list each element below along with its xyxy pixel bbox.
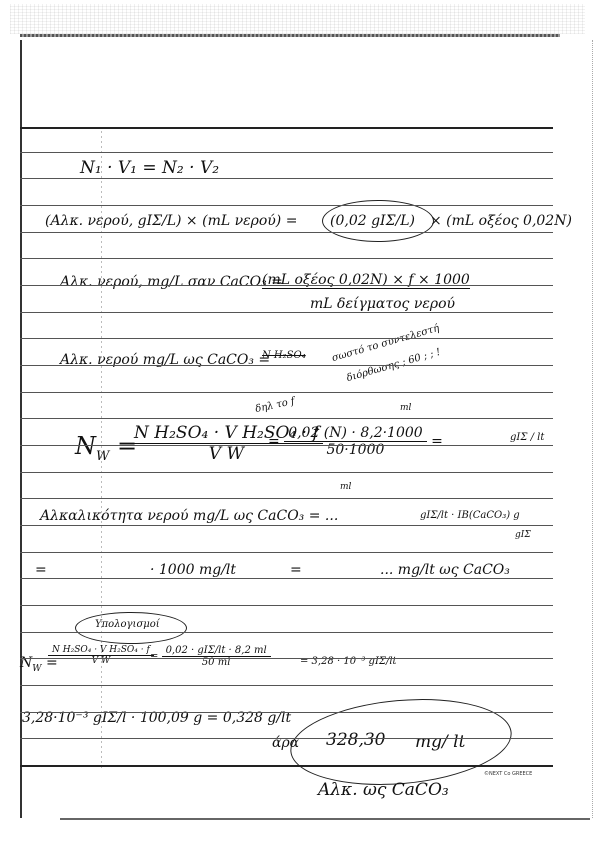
equation-alk-right-b: × (mL οξέος 0,02N) bbox=[430, 213, 572, 229]
formula-alk-denominator: mL δείγματος νερού bbox=[310, 296, 455, 312]
ruled-line bbox=[20, 445, 553, 446]
equation-n1v1: N₁ · V₁ = N₂ · V₂ bbox=[80, 158, 219, 178]
alkalinity-formula-label: Αλκαλικότητα νερού mg/L ως CaCO₃ = ... bbox=[40, 508, 338, 524]
ruled-line bbox=[20, 418, 553, 419]
alkalinity-formula-den: gΙΣ bbox=[515, 530, 531, 540]
formula-alk-label: Αλκ. νερού, mg/L σαν CaCO₃ = bbox=[60, 274, 283, 290]
ruled-line bbox=[20, 285, 553, 286]
ruled-line bbox=[20, 765, 553, 767]
alkalinity-formula-right: gΙΣ/lt · ΙΒ(CaCO₃) g bbox=[420, 510, 520, 521]
final-value: 328,30 bbox=[326, 730, 385, 750]
ruled-line bbox=[20, 392, 553, 393]
conversion-result: ... mg/lt ως CaCO₃ bbox=[380, 562, 510, 578]
nw-units: gΙΣ / lt bbox=[510, 432, 544, 443]
eq-sign-a: = bbox=[35, 562, 47, 578]
page-top-border bbox=[20, 34, 560, 37]
ruled-line bbox=[20, 472, 553, 473]
ruled-line bbox=[20, 605, 553, 606]
ruled-line bbox=[20, 152, 553, 153]
nw-calc-fraction: N H₂SO₄ · V H₂SO₄ · fV W bbox=[48, 645, 154, 666]
final-unit: mg/ lt bbox=[415, 732, 465, 752]
nw-symbol: NW = bbox=[75, 432, 137, 464]
conversion-1000: · 1000 mg/lt bbox=[150, 562, 236, 578]
ruled-line bbox=[20, 685, 553, 686]
ruled-line bbox=[20, 578, 553, 579]
page-bottom-edge bbox=[60, 818, 590, 820]
ruled-line bbox=[20, 232, 553, 233]
circle-annotation bbox=[322, 200, 434, 242]
nw-substitution: = 0,02 (N) · 8,2·100050·1000 = bbox=[268, 425, 443, 458]
ruled-line bbox=[20, 498, 553, 499]
note-ml-bottom: ml bbox=[340, 482, 351, 492]
formula-alk-numerator: (mL οξέος 0,02N) × f × 1000 bbox=[262, 272, 470, 289]
ruled-line bbox=[20, 525, 553, 526]
alk-as-caco3-label: Αλκ. ως CaCO₃ bbox=[318, 780, 449, 800]
ruled-line bbox=[20, 658, 553, 659]
ruled-line bbox=[20, 365, 553, 366]
ruled-line bbox=[20, 738, 553, 739]
ruled-line bbox=[20, 712, 553, 713]
ruled-line bbox=[20, 178, 553, 179]
nw-calc-substitution: = 0,02 · gΙΣ/lt · 8,2 ml50 ml bbox=[150, 645, 271, 668]
ruled-line bbox=[20, 632, 553, 633]
calculations-label: Υπολογισμοί bbox=[95, 619, 160, 630]
ruled-line bbox=[20, 338, 553, 339]
eq-sign-b: = bbox=[290, 562, 302, 578]
equation-alk-left: (Αλκ. νερού, gΙΣ/L) × (mL νερού) = bbox=[45, 213, 297, 229]
ruled-line bbox=[20, 127, 553, 129]
ruled-line bbox=[20, 552, 553, 553]
struck-term: N H₂SO₄ bbox=[262, 350, 306, 361]
ruled-line bbox=[20, 205, 553, 206]
ruled-line bbox=[20, 312, 553, 313]
copyright-mark: ©NEXT Co GREECE bbox=[484, 771, 532, 777]
ruled-line bbox=[20, 258, 553, 259]
note-ml-top: ml bbox=[400, 403, 411, 413]
scan-noise bbox=[10, 4, 585, 34]
